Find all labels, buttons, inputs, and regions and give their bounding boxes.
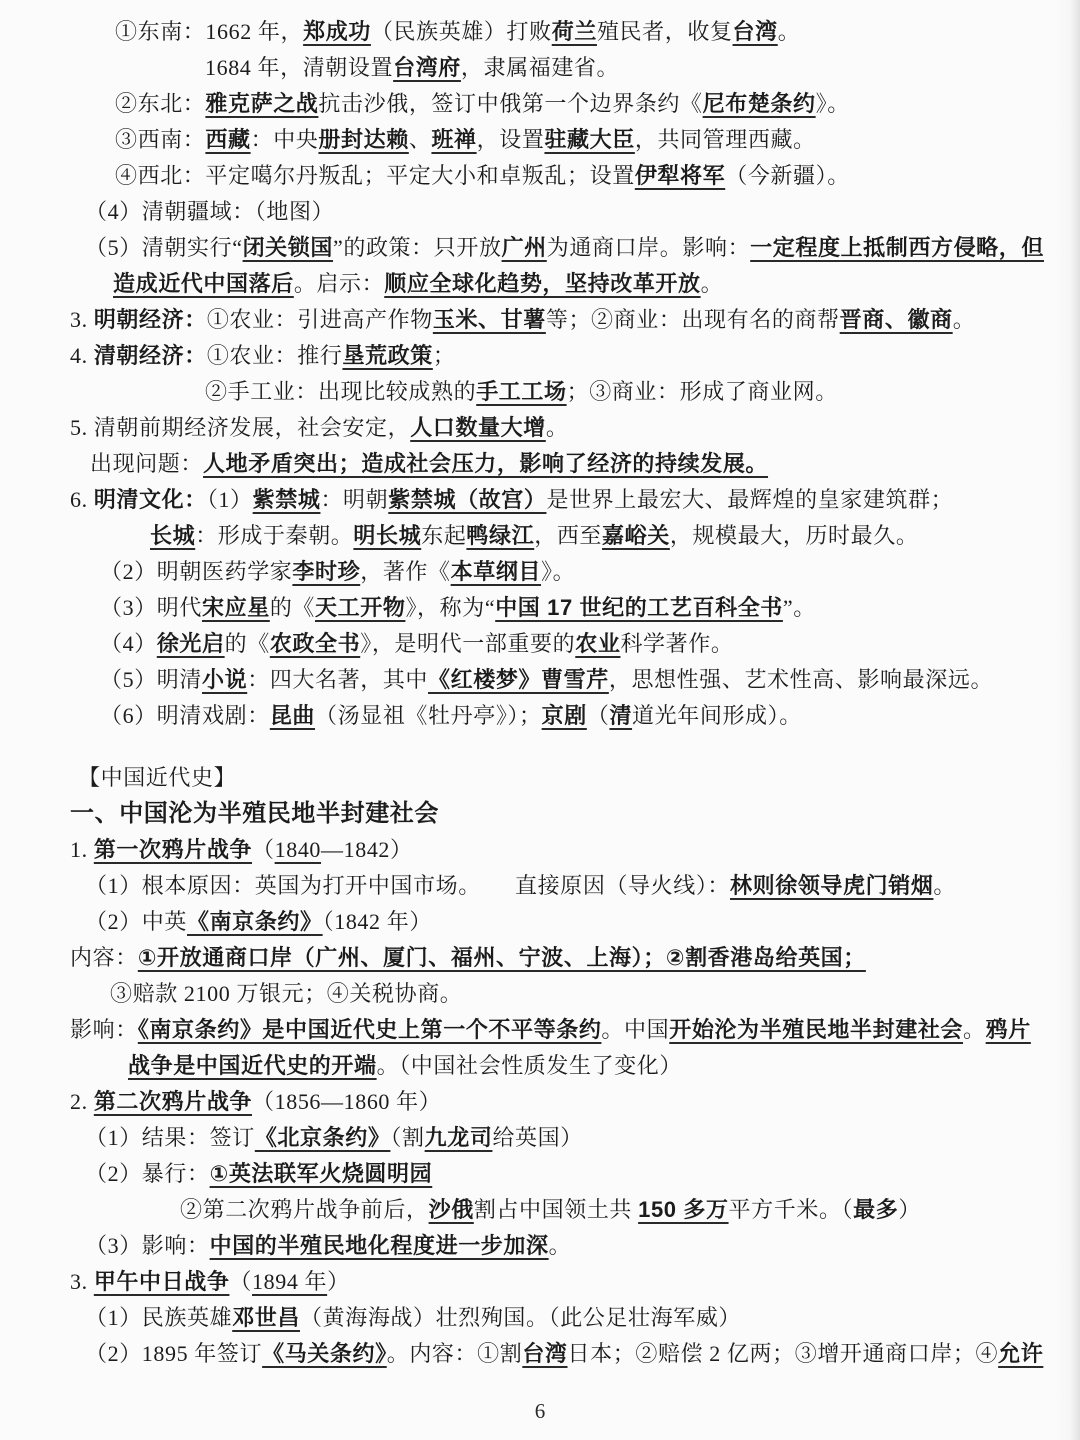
text-run: （汤显祖《牡丹亭》）；	[315, 703, 542, 728]
key-term: 《马关条约》	[262, 1341, 387, 1366]
text-run: 科学著作。	[620, 631, 733, 656]
text-run: 影响：	[70, 1017, 138, 1042]
text-run: 。（中国社会性质发生了变化）	[377, 1053, 682, 1078]
text-run: ）	[898, 1197, 921, 1222]
text-run: 。	[933, 873, 956, 898]
text-line: 3. 明朝经济：①农业：引进高产作物玉米、甘薯等；②商业：出现有名的商帮晋商、徽…	[0, 302, 1080, 338]
text-run: （1842 年）	[323, 909, 432, 934]
text-run: （	[229, 1269, 252, 1294]
text-line: 2. 第二次鸦片战争（1856—1860 年）	[0, 1084, 1080, 1120]
text-run: 4.	[70, 343, 94, 368]
key-term: 宋应星	[202, 595, 270, 620]
text-run: 清朝经济：	[94, 343, 207, 368]
text-run: （5）明清	[100, 667, 202, 692]
text-run: 殖民者，收复	[597, 19, 733, 44]
key-term: 京剧	[542, 703, 587, 728]
text-run: 抗击沙俄，签订中俄第一个边界条约《	[318, 91, 702, 116]
key-term: 允许	[998, 1341, 1043, 1366]
text-run: （1）结果：签订	[85, 1125, 255, 1150]
text-line: （2）明朝医药学家李时珍，著作《本草纲目》。	[0, 554, 1080, 590]
text-run: 等；②商业：出现有名的商帮	[546, 307, 840, 332]
key-term: 《红楼梦》曹雪芹	[428, 667, 609, 692]
text-run: 。内容：①割	[387, 1341, 523, 1366]
text-run: ①农业：引进高产作物	[207, 307, 433, 332]
key-term: 农业	[575, 631, 620, 656]
text-run: ①东南：1662 年，	[115, 19, 303, 44]
text-line: 5. 清朝前期经济发展，社会安定，人口数量大增。	[0, 410, 1080, 446]
text-run: —1842）	[321, 837, 413, 862]
text-run: 1.	[70, 837, 94, 862]
key-term: 沙俄	[429, 1197, 474, 1222]
text-run: ；	[433, 343, 456, 368]
text-line: （2）暴行：①英法联军火烧圆明园	[0, 1156, 1080, 1192]
text-run: ”的政策：只开放	[333, 235, 502, 260]
text-run: 道光年间形成）。	[632, 703, 802, 728]
text-line: （6）明清戏剧：昆曲（汤显祖《牡丹亭》）；京剧（清道光年间形成）。	[0, 698, 1080, 734]
key-term: 《南京条约》	[187, 909, 323, 934]
text-run: （3）明代	[100, 595, 202, 620]
text-line: （3）明代宋应星的《天工开物》，称为“中国 17 世纪的工艺百科全书”。	[0, 590, 1080, 626]
text-run: 。	[953, 307, 976, 332]
text-run: （6）明清戏剧：	[100, 703, 270, 728]
key-term: 人口数量大增	[410, 415, 546, 440]
key-term: 广州	[502, 235, 547, 260]
key-term: 《北京条约》	[255, 1125, 391, 1150]
text-run: 。启示：	[294, 271, 384, 296]
text-run: ，隶属福建省。	[461, 55, 619, 80]
text-run: 、	[409, 127, 432, 152]
key-term: 开始沦为半殖民地半封建社会	[669, 1017, 963, 1042]
text-line: 1684 年，清朝设置台湾府，隶属福建省。	[0, 50, 1080, 86]
key-term: ①英法联军火烧圆明园	[210, 1161, 433, 1186]
key-term: 九龙司	[425, 1125, 493, 1150]
text-run: ，规模最大，历时最久。	[670, 523, 919, 548]
text-line: ②第二次鸦片战争前后，沙俄割占中国领土共 150 多万平方千米。（最多）	[0, 1192, 1080, 1228]
text-run: （1）民族英雄	[85, 1305, 232, 1330]
text-run: ：中央	[251, 127, 319, 152]
page-number: 6	[0, 1399, 1080, 1424]
text-run: （黄海海战）壮烈殉国。（此公足壮海军威）	[300, 1305, 741, 1330]
text-run: 》，是明代一部重要的	[360, 631, 575, 656]
text-line: （1）结果：签订《北京条约》（割九龙司给英国）	[0, 1120, 1080, 1156]
key-term: 驻藏大臣	[544, 127, 634, 152]
text-run: 割占中国领土共	[474, 1197, 638, 1222]
text-run: 3.	[70, 1269, 94, 1294]
text-run: ：形成于秦朝。	[195, 523, 353, 548]
key-term: 雅克萨之战	[205, 91, 318, 116]
text-line: 1. 第一次鸦片战争（1840—1842）	[0, 832, 1080, 868]
text-run: ”。	[783, 595, 816, 620]
text-run: 最多	[853, 1197, 898, 1222]
text-run: 出现问题：	[90, 451, 203, 476]
text-run: ，思想性强、艺术性高、影响最深远。	[609, 667, 993, 692]
key-term: 昆曲	[270, 703, 315, 728]
text-run: ③西南：	[115, 127, 205, 152]
text-line: 造成近代中国落后。启示：顺应全球化趋势，坚持改革开放。	[0, 266, 1080, 302]
key-term: 邓世昌	[232, 1305, 300, 1330]
text-run: 。	[549, 1233, 572, 1258]
text-run: 东起	[421, 523, 466, 548]
text-line: （2）中英《南京条约》（1842 年）	[0, 904, 1080, 940]
key-term: 天工开物	[315, 595, 405, 620]
key-term: 闭关锁国	[243, 235, 333, 260]
text-run: 。	[778, 19, 801, 44]
text-line: 战争是中国近代史的开端。（中国社会性质发生了变化）	[0, 1048, 1080, 1084]
text-run: （4）清朝疆域：（地图）	[85, 199, 334, 224]
key-term: 鸭绿江	[466, 523, 534, 548]
key-term: 明长城	[353, 523, 421, 548]
document-body: ①东南：1662 年，郑成功（民族英雄）打败荷兰殖民者，收复台湾。1684 年，…	[0, 14, 1080, 1372]
key-term: 小说	[202, 667, 247, 692]
section-heading: 一、中国沦为半殖民地半封建社会	[0, 796, 1080, 832]
text-line: （3）影响：中国的半殖民地化程度进一步加深。	[0, 1228, 1080, 1264]
key-term: 紫禁城	[253, 487, 321, 512]
text-line: （4）清朝疆域：（地图）	[0, 194, 1080, 230]
text-run: 平方千米。（	[729, 1197, 854, 1222]
text-run: 明清文化：	[94, 487, 207, 512]
text-run: 5. 清朝前期经济发展，社会安定，	[70, 415, 410, 440]
key-term: 长城	[150, 523, 195, 548]
text-line: 【中国近代史】	[0, 760, 1080, 796]
text-run: （1）根本原因：英国为打开中国市场。	[85, 873, 470, 898]
text-line: ④西北：平定噶尔丹叛乱；平定大小和卓叛乱；设置伊犁将军（今新疆）。	[0, 158, 1080, 194]
text-run: （民族英雄）打败	[371, 19, 552, 44]
text-run: 为通商口岸。影响：	[547, 235, 750, 260]
text-run: ，西至	[534, 523, 602, 548]
text-line: 内容：①开放通商口岸（广州、厦门、福州、宁波、上海）；②割香港岛给英国；	[0, 940, 1080, 976]
key-term: 晋商、徽商	[840, 307, 953, 332]
text-run: ，共同管理西藏。	[635, 127, 816, 152]
key-term: 150 多万	[638, 1197, 728, 1222]
text-run: ②手工业：出现比较成熟的	[205, 379, 476, 404]
text-line: （1）根本原因：英国为打开中国市场。 直接原因（导火线）：林则徐领导虎门销烟。	[0, 868, 1080, 904]
text-run: 一、中国沦为半殖民地半封建社会	[70, 800, 439, 827]
text-line: 4. 清朝经济：①农业：推行垦荒政策；	[0, 338, 1080, 374]
text-run: （1）	[207, 487, 253, 512]
text-run: （割	[390, 1125, 424, 1150]
text-run: ②第二次鸦片战争前后，	[180, 1197, 429, 1222]
key-term: 本草纲目	[451, 559, 541, 584]
key-term: 李时珍	[292, 559, 360, 584]
text-line: （2）1895 年签订《马关条约》。内容：①割台湾日本；②赔偿 2 亿两；③增开…	[0, 1336, 1080, 1372]
key-term: 郑成功	[303, 19, 371, 44]
text-line: 6. 明清文化：（1）紫禁城：明朝紫禁城（故宫）是世界上最宏大、最辉煌的皇家建筑…	[0, 482, 1080, 518]
text-run: 【中国近代史】	[78, 765, 236, 790]
key-term: 鸦片	[986, 1017, 1031, 1042]
text-line: ③赔款 2100 万银元；④关税协商。	[0, 976, 1080, 1012]
text-run: （3）影响：	[85, 1233, 210, 1258]
text-run: 》。	[541, 559, 575, 584]
text-run: ，著作《	[360, 559, 450, 584]
text-line: 影响：《南京条约》是中国近代史上第一个不平等条约。中国开始沦为半殖民地半封建社会…	[0, 1012, 1080, 1048]
key-term: 伊犁将军	[635, 163, 725, 188]
text-run: ②东北：	[115, 91, 205, 116]
text-line: （5）明清小说：四大名著，其中《红楼梦》曹雪芹，思想性强、艺术性高、影响最深远。	[0, 662, 1080, 698]
text-line: 3. 甲午中日战争（1894 年）	[0, 1264, 1080, 1300]
text-line: 长城：形成于秦朝。明长城东起鸭绿江，西至嘉峪关，规模最大，历时最久。	[0, 518, 1080, 554]
text-line: ②手工业：出现比较成熟的手工工场；③商业：形成了商业网。	[0, 374, 1080, 410]
key-term: 中国的半殖民地化程度进一步加深	[210, 1233, 549, 1258]
key-term: 1840	[275, 837, 321, 862]
text-line: （4）徐光启的《农政全书》，是明代一部重要的农业科学著作。	[0, 626, 1080, 662]
key-term: 顺应全球化趋势，坚持改革开放	[384, 271, 700, 296]
text-run: （1856—1860 年）	[252, 1089, 441, 1114]
text-run: 2.	[70, 1089, 94, 1114]
text-run: 明朝经济：	[94, 307, 207, 332]
text-line: （5）清朝实行“闭关锁国”的政策：只开放广州为通商口岸。影响：一定程度上抵制西方…	[0, 230, 1080, 266]
key-term: 战争是中国近代史的开端	[128, 1053, 377, 1078]
key-term: 第二次鸦片战争	[94, 1089, 252, 1114]
key-term: 册封达赖	[318, 127, 408, 152]
key-term: 1894 年	[252, 1269, 327, 1294]
text-run: 》，称为“	[405, 595, 495, 620]
text-line: ①东南：1662 年，郑成功（民族英雄）打败荷兰殖民者，收复台湾。	[0, 14, 1080, 50]
text-run: （4）	[100, 631, 157, 656]
text-run: （2）明朝医药学家	[100, 559, 292, 584]
key-term: 台湾	[522, 1341, 567, 1366]
key-term: 西藏	[205, 127, 250, 152]
key-term: 紫禁城（故宫）	[388, 487, 546, 512]
text-run: 。中国	[601, 1017, 669, 1042]
key-term: 玉米、甘薯	[433, 307, 546, 332]
text-run: 是世界上最宏大、最辉煌的皇家建筑群；	[546, 487, 953, 512]
key-term: 手工工场	[476, 379, 566, 404]
text-run: ①农业：推行	[207, 343, 343, 368]
text-run: ；③商业：形成了商业网。	[567, 379, 838, 404]
text-run: 。	[963, 1017, 986, 1042]
text-run: 6.	[70, 487, 94, 512]
text-run: ：明朝	[320, 487, 388, 512]
text-run: 内容：	[70, 945, 138, 970]
text-run: 的《	[225, 631, 270, 656]
key-term: 徐光启	[157, 631, 225, 656]
text-run: （今新疆）。	[725, 163, 850, 188]
text-run: （2）中英	[85, 909, 187, 934]
key-term: 台湾府	[393, 55, 461, 80]
text-run: （2）1895 年签订	[85, 1341, 262, 1366]
text-run: 日本；②赔偿 2 亿两；③增开通商口岸；④	[568, 1341, 999, 1366]
text-line: ③西南：西藏：中央册封达赖、班禅，设置驻藏大臣，共同管理西藏。	[0, 122, 1080, 158]
key-term: 一定程度上抵制西方侵略，但	[750, 235, 1044, 260]
key-term: 农政全书	[270, 631, 360, 656]
key-term: 班禅	[431, 127, 476, 152]
text-run: （	[252, 837, 275, 862]
document-page: ①东南：1662 年，郑成功（民族英雄）打败荷兰殖民者，收复台湾。1684 年，…	[0, 0, 1080, 1440]
text-run: （2）暴行：	[85, 1161, 210, 1186]
key-term: 荷兰	[552, 19, 597, 44]
text-run: ）	[327, 1269, 350, 1294]
text-run: 直接原因（导火线）：	[470, 873, 730, 898]
key-term: 人地矛盾突出；造成社会压力，影响了经济的持续发展。	[203, 451, 768, 476]
text-run: ，设置	[477, 127, 545, 152]
text-run: 的《	[270, 595, 315, 620]
key-term: 林则徐领导虎门销烟	[730, 873, 933, 898]
text-line: （1）民族英雄邓世昌（黄海海战）壮烈殉国。（此公足壮海军威）	[0, 1300, 1080, 1336]
text-run: 3.	[70, 307, 94, 332]
key-term: 垦荒政策	[342, 343, 432, 368]
text-run: ④西北：平定噶尔丹叛乱；平定大小和卓叛乱；设置	[115, 163, 635, 188]
key-term: ①开放通商口岸（广州、厦门、福州、宁波、上海）；②割香港岛给英国；	[138, 945, 866, 970]
text-run: 》。	[816, 91, 850, 116]
text-run: 。	[546, 415, 569, 440]
key-term: 清	[609, 703, 632, 728]
text-run: ③赔款 2100 万银元；④关税协商。	[110, 981, 462, 1006]
text-line: ②东北：雅克萨之战抗击沙俄，签订中俄第一个边界条约《尼布楚条约》。	[0, 86, 1080, 122]
text-run: 给英国）	[492, 1125, 582, 1150]
key-term: 台湾	[733, 19, 778, 44]
text-run: 。	[701, 271, 724, 296]
text-run: （5）清朝实行“	[85, 235, 243, 260]
key-term: 造成近代中国落后	[113, 271, 294, 296]
key-term: 嘉峪关	[602, 523, 670, 548]
text-run: ：四大名著，其中	[247, 667, 428, 692]
key-term: 第一次鸦片战争	[94, 837, 252, 862]
key-term: 甲午中日战争	[94, 1269, 230, 1294]
key-term: 《南京条约》是中国近代史上第一个不平等条约	[138, 1017, 602, 1042]
text-run: 1684 年，清朝设置	[205, 55, 393, 80]
text-run: （	[587, 703, 610, 728]
key-term: 中国 17 世纪的工艺百科全书	[495, 595, 783, 620]
key-term: 尼布楚条约	[703, 91, 816, 116]
text-line: 出现问题：人地矛盾突出；造成社会压力，影响了经济的持续发展。	[0, 446, 1080, 482]
